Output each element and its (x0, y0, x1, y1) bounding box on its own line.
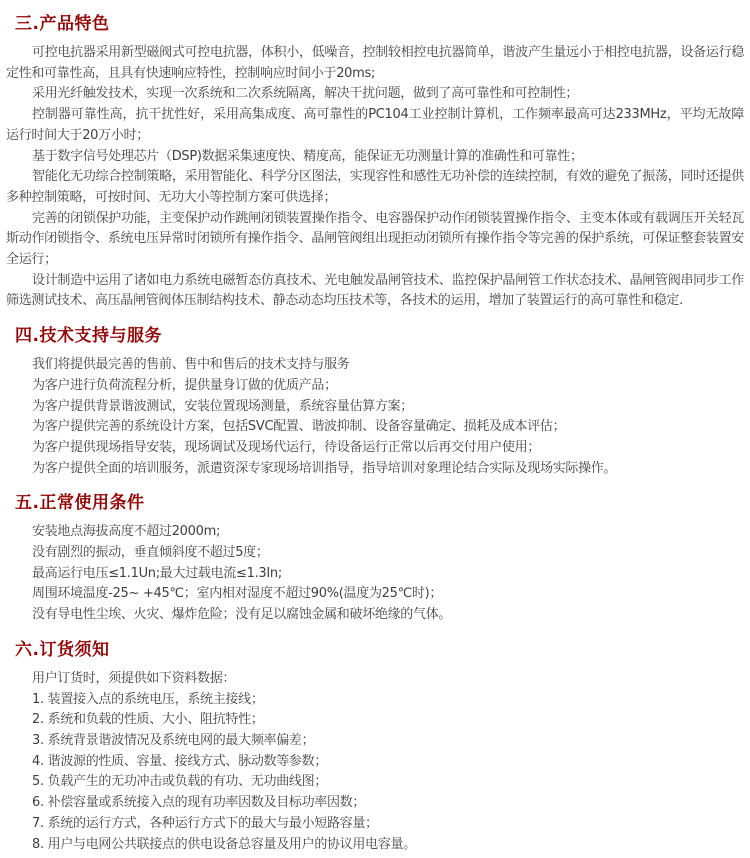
section-title-ordering-notes: 六.订货须知 (15, 640, 744, 660)
paragraph: 设计制造中运用了诸如电力系统电磁暂态仿真技术、光电触发晶闸管技术、监控保护晶闸管… (6, 271, 744, 312)
section-title-tech-support-service: 四.技术支持与服务 (15, 326, 744, 346)
ordered-item: 5. 负载产生的无功冲击或负载的有功、无功曲线图； (6, 772, 744, 793)
ordered-item: 2. 系统和负载的性质、大小、阻抗特性； (6, 710, 744, 731)
section-title-product-features: 三.产品特色 (15, 14, 744, 34)
ordered-item: 3. 系统背景谐波情况及系统电网的最大频率偏差； (6, 731, 744, 752)
ordered-item: 1. 装置接入点的系统电压，系统主接线； (6, 690, 744, 711)
document-page: 三.产品特色 可控电抗器采用新型磁阀式可控电抗器，体积小，低噪音，控制较相控电抗… (0, 0, 750, 858)
paragraph: 控制器可靠性高，抗干扰性好，采用高集成度、高可靠性的PC104工业控制计算机，工… (6, 105, 744, 146)
paragraph: 我们将提供最完善的售前、售中和售后的技术支持与服务 (6, 355, 744, 376)
paragraph: 为客户提供完善的系统设计方案，包括SVC配置、谐波抑制、设备容量确定、损耗及成本… (6, 417, 744, 438)
paragraph: 没有剧烈的振动，垂直倾斜度不超过5度； (6, 543, 744, 564)
paragraph: 基于数字信号处理芯片（DSP)数据采集速度快、精度高，能保证无功测量计算的准确性… (6, 147, 744, 168)
paragraph: 智能化无功综合控制策略，采用智能化、科学分区图法，实现容性和感性无功补偿的连续控… (6, 167, 744, 208)
ordered-item: 7. 系统的运行方式，各种运行方式下的最大与最小短路容量； (6, 814, 744, 835)
paragraph: 可控电抗器采用新型磁阀式可控电抗器，体积小，低噪音，控制较相控电抗器简单，谐波产… (6, 43, 744, 84)
paragraph: 周围环境温度-25~ +45℃；室内相对湿度不超过90%(温度为25℃时)； (6, 584, 744, 605)
paragraph: 为客户提供全面的培训服务，派遣资深专家现场培训指导，指导培训对象理论结合实际及现… (6, 459, 744, 480)
ordered-item: 6. 补偿容量或系统接入点的现有功率因数及目标功率因数； (6, 793, 744, 814)
paragraph: 没有导电性尘埃、火灾、爆炸危险；没有足以腐蚀金属和破坏绝缘的气体。 (6, 605, 744, 626)
paragraph: 安装地点海拔高度不超过2000m; (6, 522, 744, 543)
paragraph: 最高运行电压≤1.1Un;最大过载电流≤1.3In; (6, 564, 744, 585)
paragraph: 为客户提供现场指导安装，现场调试及现场代运行，待设备运行正常以后再交付用户使用； (6, 438, 744, 459)
ordered-item: 8. 用户与电网公共联接点的供电设备总容量及用户的协议用电容量。 (6, 835, 744, 856)
section-title-normal-use-conditions: 五.正常使用条件 (15, 493, 744, 513)
paragraph: 采用光纤触发技术，实现一次系统和二次系统隔离，解决干扰问题，做到了高可靠性和可控… (6, 84, 744, 105)
ordered-item: 4. 谐波源的性质、容量、接线方式、脉动数等参数； (6, 752, 744, 773)
paragraph: 用户订货时，须提供如下资料数据： (6, 669, 744, 690)
paragraph: 完善的闭锁保护功能，主变保护动作跳闸闭锁装置操作指令、电容器保护动作闭锁装置操作… (6, 209, 744, 271)
paragraph: 为客户提供背景谐波测试，安装位置现场测量，系统容量估算方案； (6, 397, 744, 418)
paragraph: 为客户进行负荷流程分析，提供量身订做的优质产品； (6, 376, 744, 397)
